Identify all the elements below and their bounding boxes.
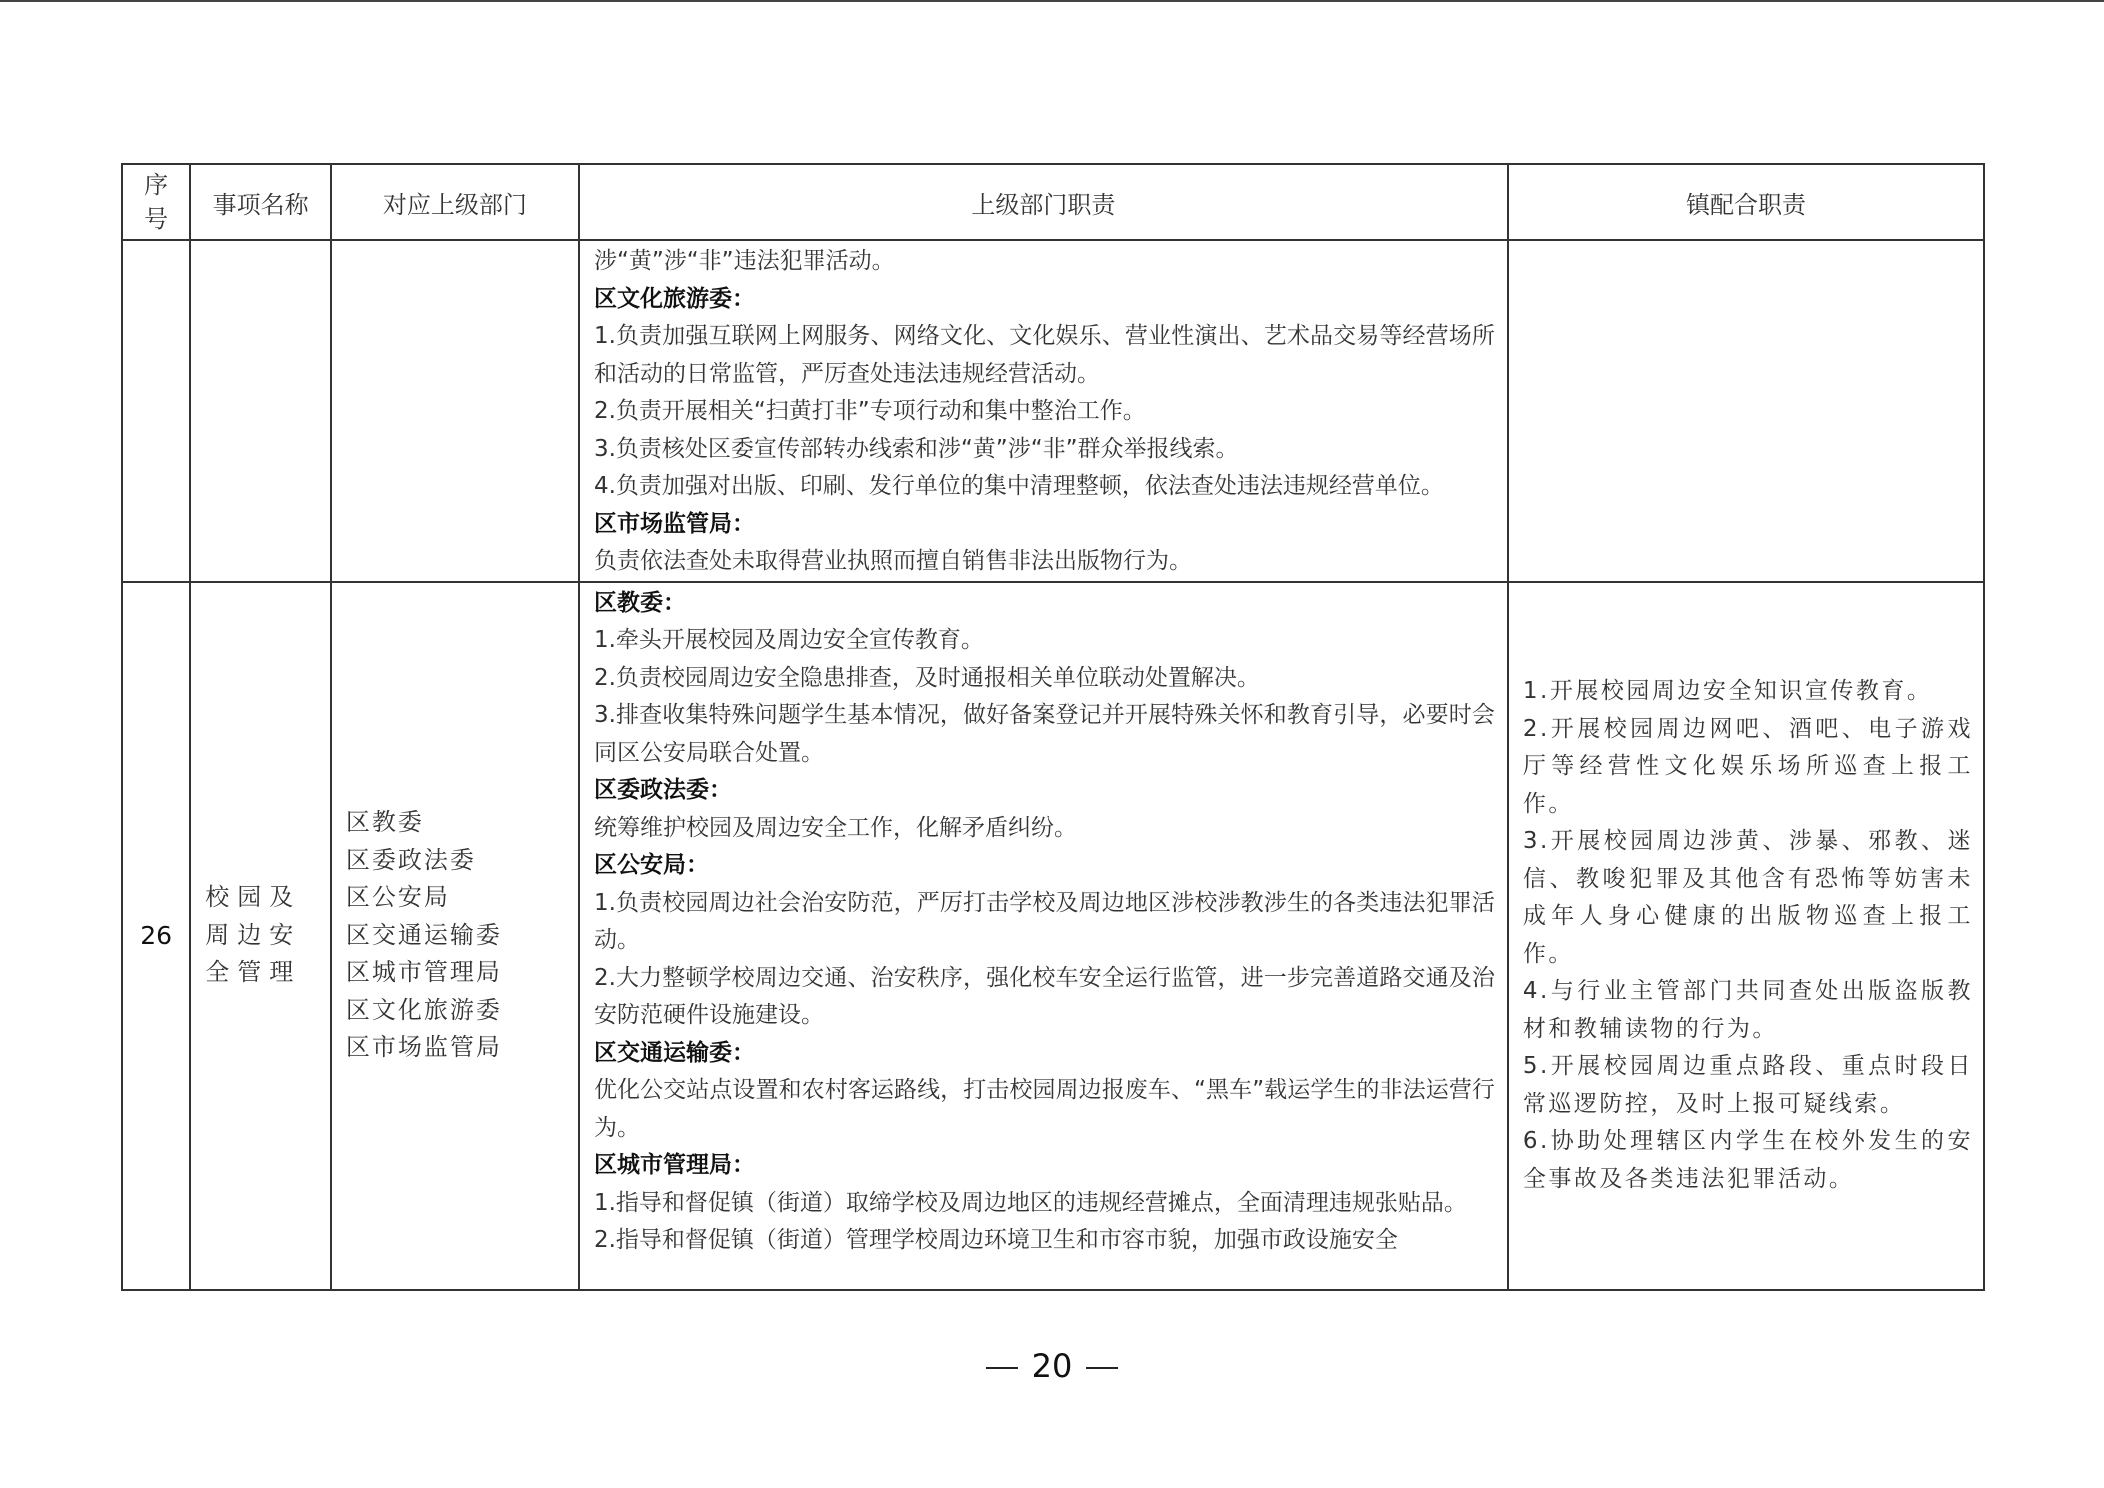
duty-line: 1.负责校园周边社会治安防范，严厉打击学校及周边地区涉校涉教涉生的各类违法犯罪活… [594,885,1495,960]
dept-item: 区市场监管局 [346,1029,578,1067]
duty-cell: 区教委：1.牵头开展校园及周边安全宣传教育。2.负责校园周边安全隐患排查，及时通… [579,582,1508,1290]
town-duty-line: 5.开展校园周边重点路段、重点时段日常巡逻防控，及时上报可疑线索。 [1523,1048,1973,1123]
duty-table: 序号 事项名称 对应上级部门 上级部门职责 镇配合职责 涉“黄”涉“非”违法犯罪… [121,163,1985,1291]
duty-line: 2.负责开展相关“扫黄打非”专项行动和集中整治工作。 [594,393,1495,431]
footer-dash-right [1086,1367,1118,1369]
item-name-cell: 校园及周边安全管理 [190,582,331,1290]
dept-item: 区交通运输委 [346,917,578,955]
header-item-name: 事项名称 [190,164,331,240]
item-name-text: 校园及周边安全管理 [191,879,330,992]
dept-item: 区公安局 [346,879,578,917]
duty-line: 负责依法查处未取得营业执照而擅自销售非法出版物行为。 [594,543,1495,581]
dept-heading: 区文化旅游委： [594,281,1495,319]
header-town-duty: 镇配合职责 [1508,164,1984,240]
duty-line: 优化公交站点设置和农村客运路线，打击校园周边报废车、“黑车”载运学生的非法运营行… [594,1072,1495,1147]
duty-line: 2.大力整顿学校周边交通、治安秩序，强化校车安全运行监管，进一步完善道路交通及治… [594,960,1495,1035]
table-row: 涉“黄”涉“非”违法犯罪活动。区文化旅游委：1.负责加强互联网上网服务、网络文化… [122,240,1984,582]
dept-heading: 区城市管理局： [594,1147,1495,1185]
duty-line: 3.排查收集特殊问题学生基本情况，做好备案登记并开展特殊关怀和教育引导，必要时会… [594,697,1495,772]
town-duty-line: 4.与行业主管部门共同查处出版盗版教材和教辅读物的行为。 [1523,973,1973,1048]
header-seq: 序号 [122,164,190,240]
page-number: 20 [1032,1347,1073,1385]
dept-heading: 区教委： [594,585,1495,623]
duty-line: 4.负责加强对出版、印刷、发行单位的集中清理整顿，依法查处违法违规经营单位。 [594,468,1495,506]
duty-line: 1.指导和督促镇（街道）取缔学校及周边地区的违规经营摊点，全面清理违规张贴品。 [594,1185,1495,1223]
duty-text: 涉“黄”涉“非”违法犯罪活动。区文化旅游委：1.负责加强互联网上网服务、网络文化… [580,241,1507,581]
page-top-border [0,0,2104,2]
dept-heading: 区委政法委： [594,772,1495,810]
seq-cell: 26 [122,582,190,1290]
header-seq-label: 序号 [143,168,169,236]
dept-item: 区教委 [346,804,578,842]
duty-line: 2.指导和督促镇（街道）管理学校周边环境卫生和市容市貌，加强市政设施安全 [594,1222,1495,1260]
seq-cell [122,240,190,582]
duty-line: 3.负责核处区委宣传部转办线索和涉“黄”涉“非”群众举报线索。 [594,431,1495,469]
page-footer: 20 [0,1347,2104,1385]
duty-cell: 涉“黄”涉“非”违法犯罪活动。区文化旅游委：1.负责加强互联网上网服务、网络文化… [579,240,1508,582]
town-duty-text: 1.开展校园周边安全知识宣传教育。2.开展校园周边网吧、酒吧、电子游戏厅等经营性… [1509,673,1983,1198]
footer-dash-left [986,1367,1018,1369]
duty-line: 1.负责加强互联网上网服务、网络文化、文化娱乐、营业性演出、艺术品交易等经营场所… [594,318,1495,393]
header-superior-duty: 上级部门职责 [579,164,1508,240]
table-header-row: 序号 事项名称 对应上级部门 上级部门职责 镇配合职责 [122,164,1984,240]
dept-item: 区委政法委 [346,842,578,880]
dept-list: 区教委区委政法委区公安局区交通运输委区城市管理局区文化旅游委区市场监管局 [332,804,578,1067]
dept-heading: 区市场监管局： [594,506,1495,544]
item-name-cell [190,240,331,582]
town-duty-line: 1.开展校园周边安全知识宣传教育。 [1523,673,1973,711]
dept-item: 区城市管理局 [346,954,578,992]
town-duty-line: 2.开展校园周边网吧、酒吧、电子游戏厅等经营性文化娱乐场所巡查上报工作。 [1523,711,1973,824]
duty-line: 统筹维护校园及周边安全工作，化解矛盾纠纷。 [594,810,1495,848]
duty-text: 区教委：1.牵头开展校园及周边安全宣传教育。2.负责校园周边安全隐患排查，及时通… [580,583,1507,1260]
dept-cell [331,240,579,582]
table-row: 26 校园及周边安全管理 区教委区委政法委区公安局区交通运输委区城市管理局区文化… [122,582,1984,1290]
town-duty-cell: 1.开展校园周边安全知识宣传教育。2.开展校园周边网吧、酒吧、电子游戏厅等经营性… [1508,582,1984,1290]
duty-line: 2.负责校园周边安全隐患排查，及时通报相关单位联动处置解决。 [594,660,1495,698]
duty-line: 涉“黄”涉“非”违法犯罪活动。 [594,243,1495,281]
dept-cell: 区教委区委政法委区公安局区交通运输委区城市管理局区文化旅游委区市场监管局 [331,582,579,1290]
duty-line: 1.牵头开展校园及周边安全宣传教育。 [594,622,1495,660]
town-duty-line: 6.协助处理辖区内学生在校外发生的安全事故及各类违法犯罪活动。 [1523,1123,1973,1198]
town-duty-cell [1508,240,1984,582]
header-superior-dept: 对应上级部门 [331,164,579,240]
dept-heading: 区公安局： [594,847,1495,885]
dept-item: 区文化旅游委 [346,992,578,1030]
dept-heading: 区交通运输委： [594,1035,1495,1073]
town-duty-line: 3.开展校园周边涉黄、涉暴、邪教、迷信、教唆犯罪及其他含有恐怖等妨害未成年人身心… [1523,823,1973,973]
